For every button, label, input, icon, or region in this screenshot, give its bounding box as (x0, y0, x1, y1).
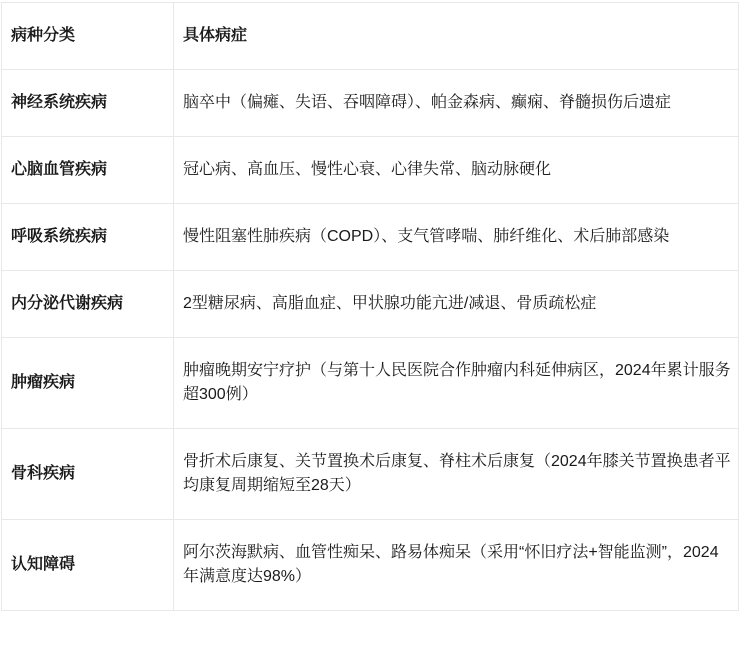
table-row-respiratory: 呼吸系统疾病 慢性阻塞性肺疾病（COPD）、支气管哮喘、肺纤维化、术后肺部感染 (2, 204, 739, 271)
table-row-cognitive: 认知障碍 阿尔茨海默病、血管性痴呆、路易体痴呆（采用“怀旧疗法+智能监测”，20… (2, 520, 739, 611)
table-row-endocrine: 内分泌代谢疾病 2型糖尿病、高脂血症、甲状腺功能亢进/减退、骨质疏松症 (2, 271, 739, 338)
header-details: 具体病症 (174, 3, 739, 70)
details-cell: 阿尔茨海默病、血管性痴呆、路易体痴呆（采用“怀旧疗法+智能监测”，2024年满意… (174, 520, 739, 611)
category-cell: 肿瘤疾病 (2, 338, 174, 429)
details-cell: 肿瘤晚期安宁疗护（与第十人民医院合作肿瘤内科延伸病区，2024年累计服务超300… (174, 338, 739, 429)
table-row-cardiovascular: 心脑血管疾病 冠心病、高血压、慢性心衰、心律失常、脑动脉硬化 (2, 137, 739, 204)
table-row-oncology: 肿瘤疾病 肿瘤晚期安宁疗护（与第十人民医院合作肿瘤内科延伸病区，2024年累计服… (2, 338, 739, 429)
category-cell: 神经系统疾病 (2, 70, 174, 137)
category-cell: 心脑血管疾病 (2, 137, 174, 204)
disease-table-container: 病种分类 具体病症 神经系统疾病 脑卒中（偏瘫、失语、吞咽障碍）、帕金森病、癫痫… (0, 0, 740, 611)
header-category: 病种分类 (2, 3, 174, 70)
table-row-neurological: 神经系统疾病 脑卒中（偏瘫、失语、吞咽障碍）、帕金森病、癫痫、脊髓损伤后遗症 (2, 70, 739, 137)
details-cell: 脑卒中（偏瘫、失语、吞咽障碍）、帕金森病、癫痫、脊髓损伤后遗症 (174, 70, 739, 137)
category-cell: 内分泌代谢疾病 (2, 271, 174, 338)
category-cell: 骨科疾病 (2, 429, 174, 520)
disease-classification-table: 病种分类 具体病症 神经系统疾病 脑卒中（偏瘫、失语、吞咽障碍）、帕金森病、癫痫… (1, 2, 739, 611)
category-cell: 认知障碍 (2, 520, 174, 611)
details-cell: 2型糖尿病、高脂血症、甲状腺功能亢进/减退、骨质疏松症 (174, 271, 739, 338)
details-cell: 慢性阻塞性肺疾病（COPD）、支气管哮喘、肺纤维化、术后肺部感染 (174, 204, 739, 271)
category-cell: 呼吸系统疾病 (2, 204, 174, 271)
details-cell: 骨折术后康复、关节置换术后康复、脊柱术后康复（2024年膝关节置换患者平均康复周… (174, 429, 739, 520)
table-header-row: 病种分类 具体病症 (2, 3, 739, 70)
table-row-orthopedic: 骨科疾病 骨折术后康复、关节置换术后康复、脊柱术后康复（2024年膝关节置换患者… (2, 429, 739, 520)
details-cell: 冠心病、高血压、慢性心衰、心律失常、脑动脉硬化 (174, 137, 739, 204)
